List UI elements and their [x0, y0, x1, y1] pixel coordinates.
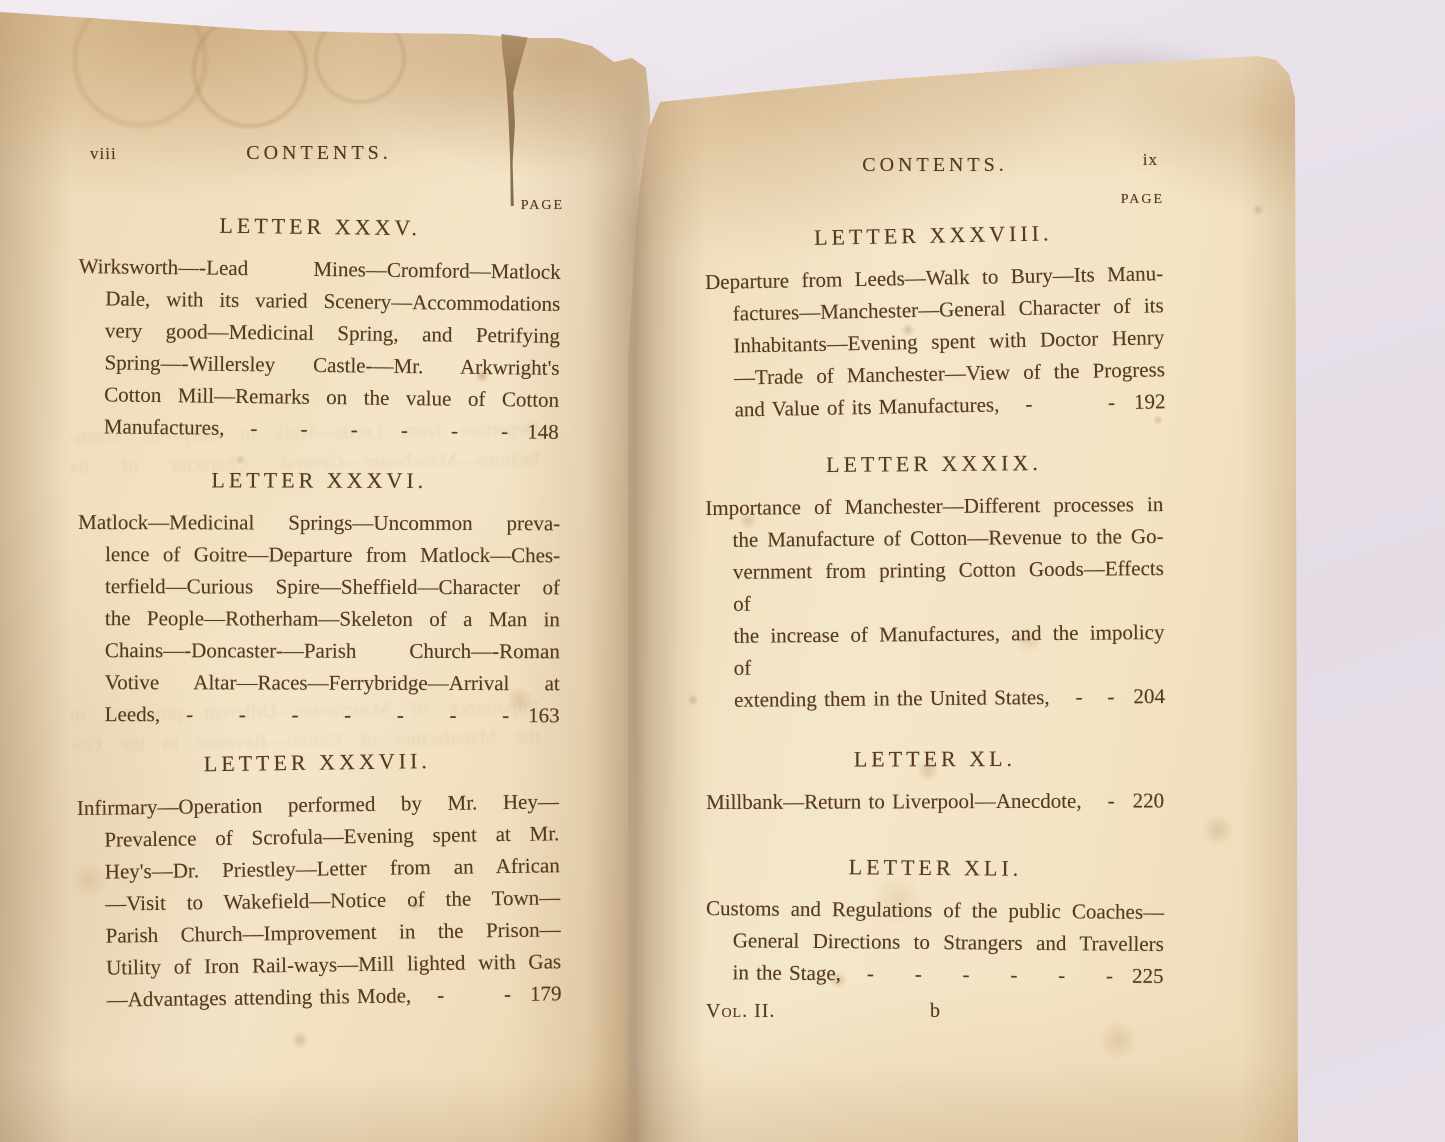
entry-page-number: 220: [1133, 784, 1165, 816]
toc-line: and Value of its Manufactures,: [734, 388, 999, 425]
entry-page-number: 225: [1132, 960, 1164, 992]
toc-line: extending them in the United States,: [734, 681, 1050, 716]
dot-leader: -: [1082, 785, 1133, 817]
toc-entry: Importance of Manchester—Different proce…: [705, 488, 1165, 716]
toc-entry-lastline: —Advantages attending this Mode, - - 179: [79, 977, 561, 1016]
toc-entry-lastline: Leeds, - - - - - - - 163: [78, 698, 560, 731]
toc-section-letter-xli: LETTER XLI. Customs and Regulations of t…: [705, 854, 1164, 992]
right-page-header: CONTENTS. ix: [706, 148, 1164, 182]
toc-line: Votive Altar—Races—Ferrybridge—Arrival a…: [78, 666, 560, 699]
entry-page-number: 163: [528, 699, 560, 731]
toc-line: General Directions to Strangers and Trav…: [706, 924, 1164, 960]
right-page-column-label: PAGE: [1121, 192, 1164, 208]
toc-line: in the Stage,: [732, 956, 841, 989]
toc-entry: Millbank—Return to Liverpool—Anecdote, -…: [706, 784, 1164, 818]
letter-heading: LETTER XXXVIII.: [704, 219, 1162, 252]
toc-line: Chains—-Doncaster-—Parish Church—-Roman: [78, 634, 560, 667]
toc-section-letter-xl: LETTER XL. Millbank—Return to Liverpool—…: [706, 746, 1164, 818]
letter-heading: LETTER XXXIX.: [705, 450, 1163, 478]
toc-line: Leeds,: [105, 698, 160, 730]
signature-mark: b: [706, 1000, 1164, 1023]
toc-section-letter-xxxvii: LETTER XXXVII. Infirmary—Operation perfo…: [76, 747, 562, 1016]
toc-line: vernment from printing Cotton Goods—Effe…: [706, 552, 1165, 620]
right-page-footer: Vol. II. b: [706, 1000, 1164, 1030]
toc-entry-lastline: extending them in the United States, - -…: [707, 680, 1165, 716]
toc-line: terfield—Curious Spire—Sheffield—Charact…: [78, 570, 560, 603]
right-page: CONTENTS. ix PAGE LETTER XXXVIII. Depart…: [598, 0, 1300, 1142]
toc-line: —Advantages attending this Mode,: [106, 979, 411, 1015]
toc-entry: Matlock—Medicinal Springs—Uncommon preva…: [78, 506, 561, 731]
toc-line: the People—Rotherham—Skeleton of a Man i…: [78, 602, 560, 635]
left-page-content: viii CONTENTS. PAGE LETTER XXXV. Wirkswo…: [78, 136, 560, 1016]
right-folio: ix: [1143, 150, 1158, 170]
dot-leader: - -: [999, 386, 1134, 421]
toc-entry: Wirksworth—-Lead Mines—Cromford—Matlock …: [77, 250, 561, 448]
letter-heading: LETTER XLI.: [706, 854, 1164, 882]
toc-entry: Customs and Regulations of the public Co…: [705, 892, 1164, 992]
letter-heading: LETTER XXXVII.: [76, 747, 558, 778]
dot-leader: - - - - - -: [224, 412, 527, 448]
right-page-content: CONTENTS. ix PAGE LETTER XXXVIII. Depart…: [706, 148, 1164, 1030]
toc-line: the increase of Manufactures, and the im…: [706, 616, 1165, 684]
toc-line: the Manufacture of Cotton—Revenue to the…: [705, 520, 1163, 556]
dot-leader: - - - - - -: [841, 957, 1132, 992]
toc-line: Manufactures,: [104, 410, 225, 443]
left-page-header: viii CONTENTS.: [78, 136, 560, 170]
entry-page-number: 148: [527, 415, 559, 447]
right-running-title: CONTENTS.: [706, 154, 1164, 177]
toc-section-letter-xxxvi: LETTER XXXVI. Matlock—Medicinal Springs—…: [78, 468, 561, 731]
left-page: Departure from Leeds—Walk to Bury—Its Ma…: [0, 0, 650, 1142]
toc-line: Customs and Regulations of the public Co…: [706, 892, 1164, 928]
letter-heading: LETTER XXXV.: [79, 212, 561, 242]
toc-entry-lastline: in the Stage, - - - - - - 225: [705, 956, 1163, 992]
entry-page-number: 192: [1134, 385, 1166, 418]
toc-entry: Departure from Leeds—Walk to Bury—Its Ma…: [705, 257, 1166, 426]
book-photo: Departure from Leeds—Walk to Bury—Its Ma…: [0, 0, 1445, 1142]
left-running-title: CONTENTS.: [78, 142, 560, 165]
letter-heading: LETTER XL.: [706, 746, 1164, 772]
left-page-column-label: PAGE: [521, 198, 564, 214]
dot-leader: - -: [411, 978, 530, 1012]
toc-entry: Infirmary—Operation performed by Mr. Hey…: [77, 785, 562, 1016]
entry-page-number: 204: [1133, 680, 1165, 712]
toc-section-letter-xxxv: LETTER XXXV. Wirksworth—-Lead Mines—Crom…: [77, 212, 562, 448]
toc-line: Millbank—Return to Liverpool—Anecdote,: [706, 785, 1082, 818]
letter-heading: LETTER XXXVI.: [78, 468, 560, 493]
toc-line: Importance of Manchester—Different proce…: [705, 488, 1163, 524]
dot-leader: - - - - - - -: [160, 698, 528, 731]
toc-entry-lastline: Manufactures, - - - - - - 148: [77, 410, 559, 448]
toc-line: Matlock—Medicinal Springs—Uncommon preva…: [78, 506, 560, 539]
toc-entry-lastline: Millbank—Return to Liverpool—Anecdote, -…: [706, 784, 1164, 818]
dot-leader: - -: [1049, 680, 1133, 713]
toc-section-letter-xxxviii: LETTER XXXVIII. Departure from Leeds—Wal…: [704, 219, 1166, 426]
toc-line: lence of Goitre—Departure from Matlock—C…: [78, 538, 560, 571]
entry-page-number: 179: [530, 977, 562, 1009]
toc-section-letter-xxxix: LETTER XXXIX. Importance of Manchester—D…: [705, 450, 1165, 716]
